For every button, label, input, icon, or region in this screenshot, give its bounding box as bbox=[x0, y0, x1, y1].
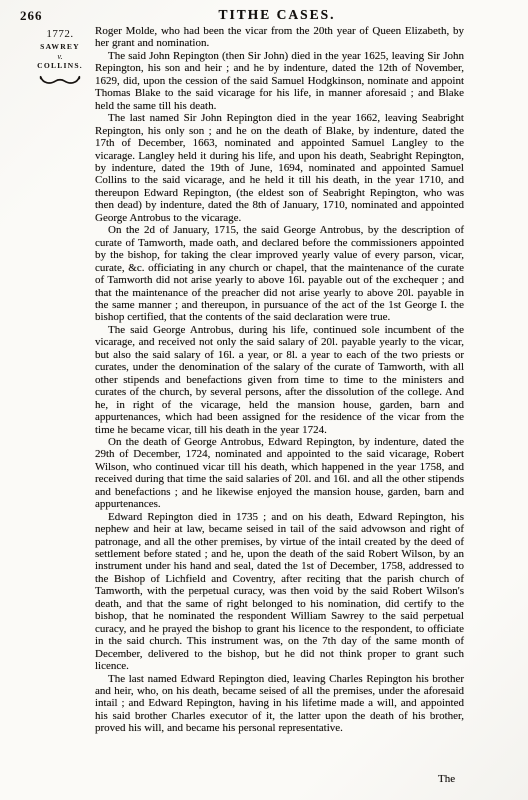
paragraph: On the death of George Antrobus, Edward … bbox=[95, 436, 464, 511]
case-versus: v. bbox=[28, 52, 92, 61]
paragraph: The last named Sir John Repington died i… bbox=[95, 112, 464, 224]
case-year: 1772. bbox=[28, 29, 92, 40]
case-body-text: Roger Molde, who had been the vicar from… bbox=[95, 25, 464, 735]
page-title: TITHE CASES. bbox=[0, 7, 528, 23]
case-defendant: COLLINS. bbox=[28, 61, 92, 71]
paragraph: Roger Molde, who had been the vicar from… bbox=[95, 25, 464, 50]
paragraph: The said John Repington (then Sir John) … bbox=[95, 50, 464, 112]
running-head: 266 TITHE CASES. bbox=[0, 4, 528, 26]
paragraph: Edward Repington died in 1735 ; and on h… bbox=[95, 511, 464, 673]
paragraph: The said George Antrobus, during his lif… bbox=[95, 324, 464, 436]
book-page: 266 TITHE CASES. 1772. SAWREY v. COLLINS… bbox=[0, 0, 528, 800]
margin-flourish-icon bbox=[39, 74, 81, 86]
paragraph: On the 2d of January, 1715, the said Geo… bbox=[95, 224, 464, 324]
catchword: The bbox=[438, 773, 455, 785]
case-margin-note: 1772. SAWREY v. COLLINS. bbox=[28, 29, 92, 86]
paragraph: The last named Edward Repington died, le… bbox=[95, 673, 464, 735]
